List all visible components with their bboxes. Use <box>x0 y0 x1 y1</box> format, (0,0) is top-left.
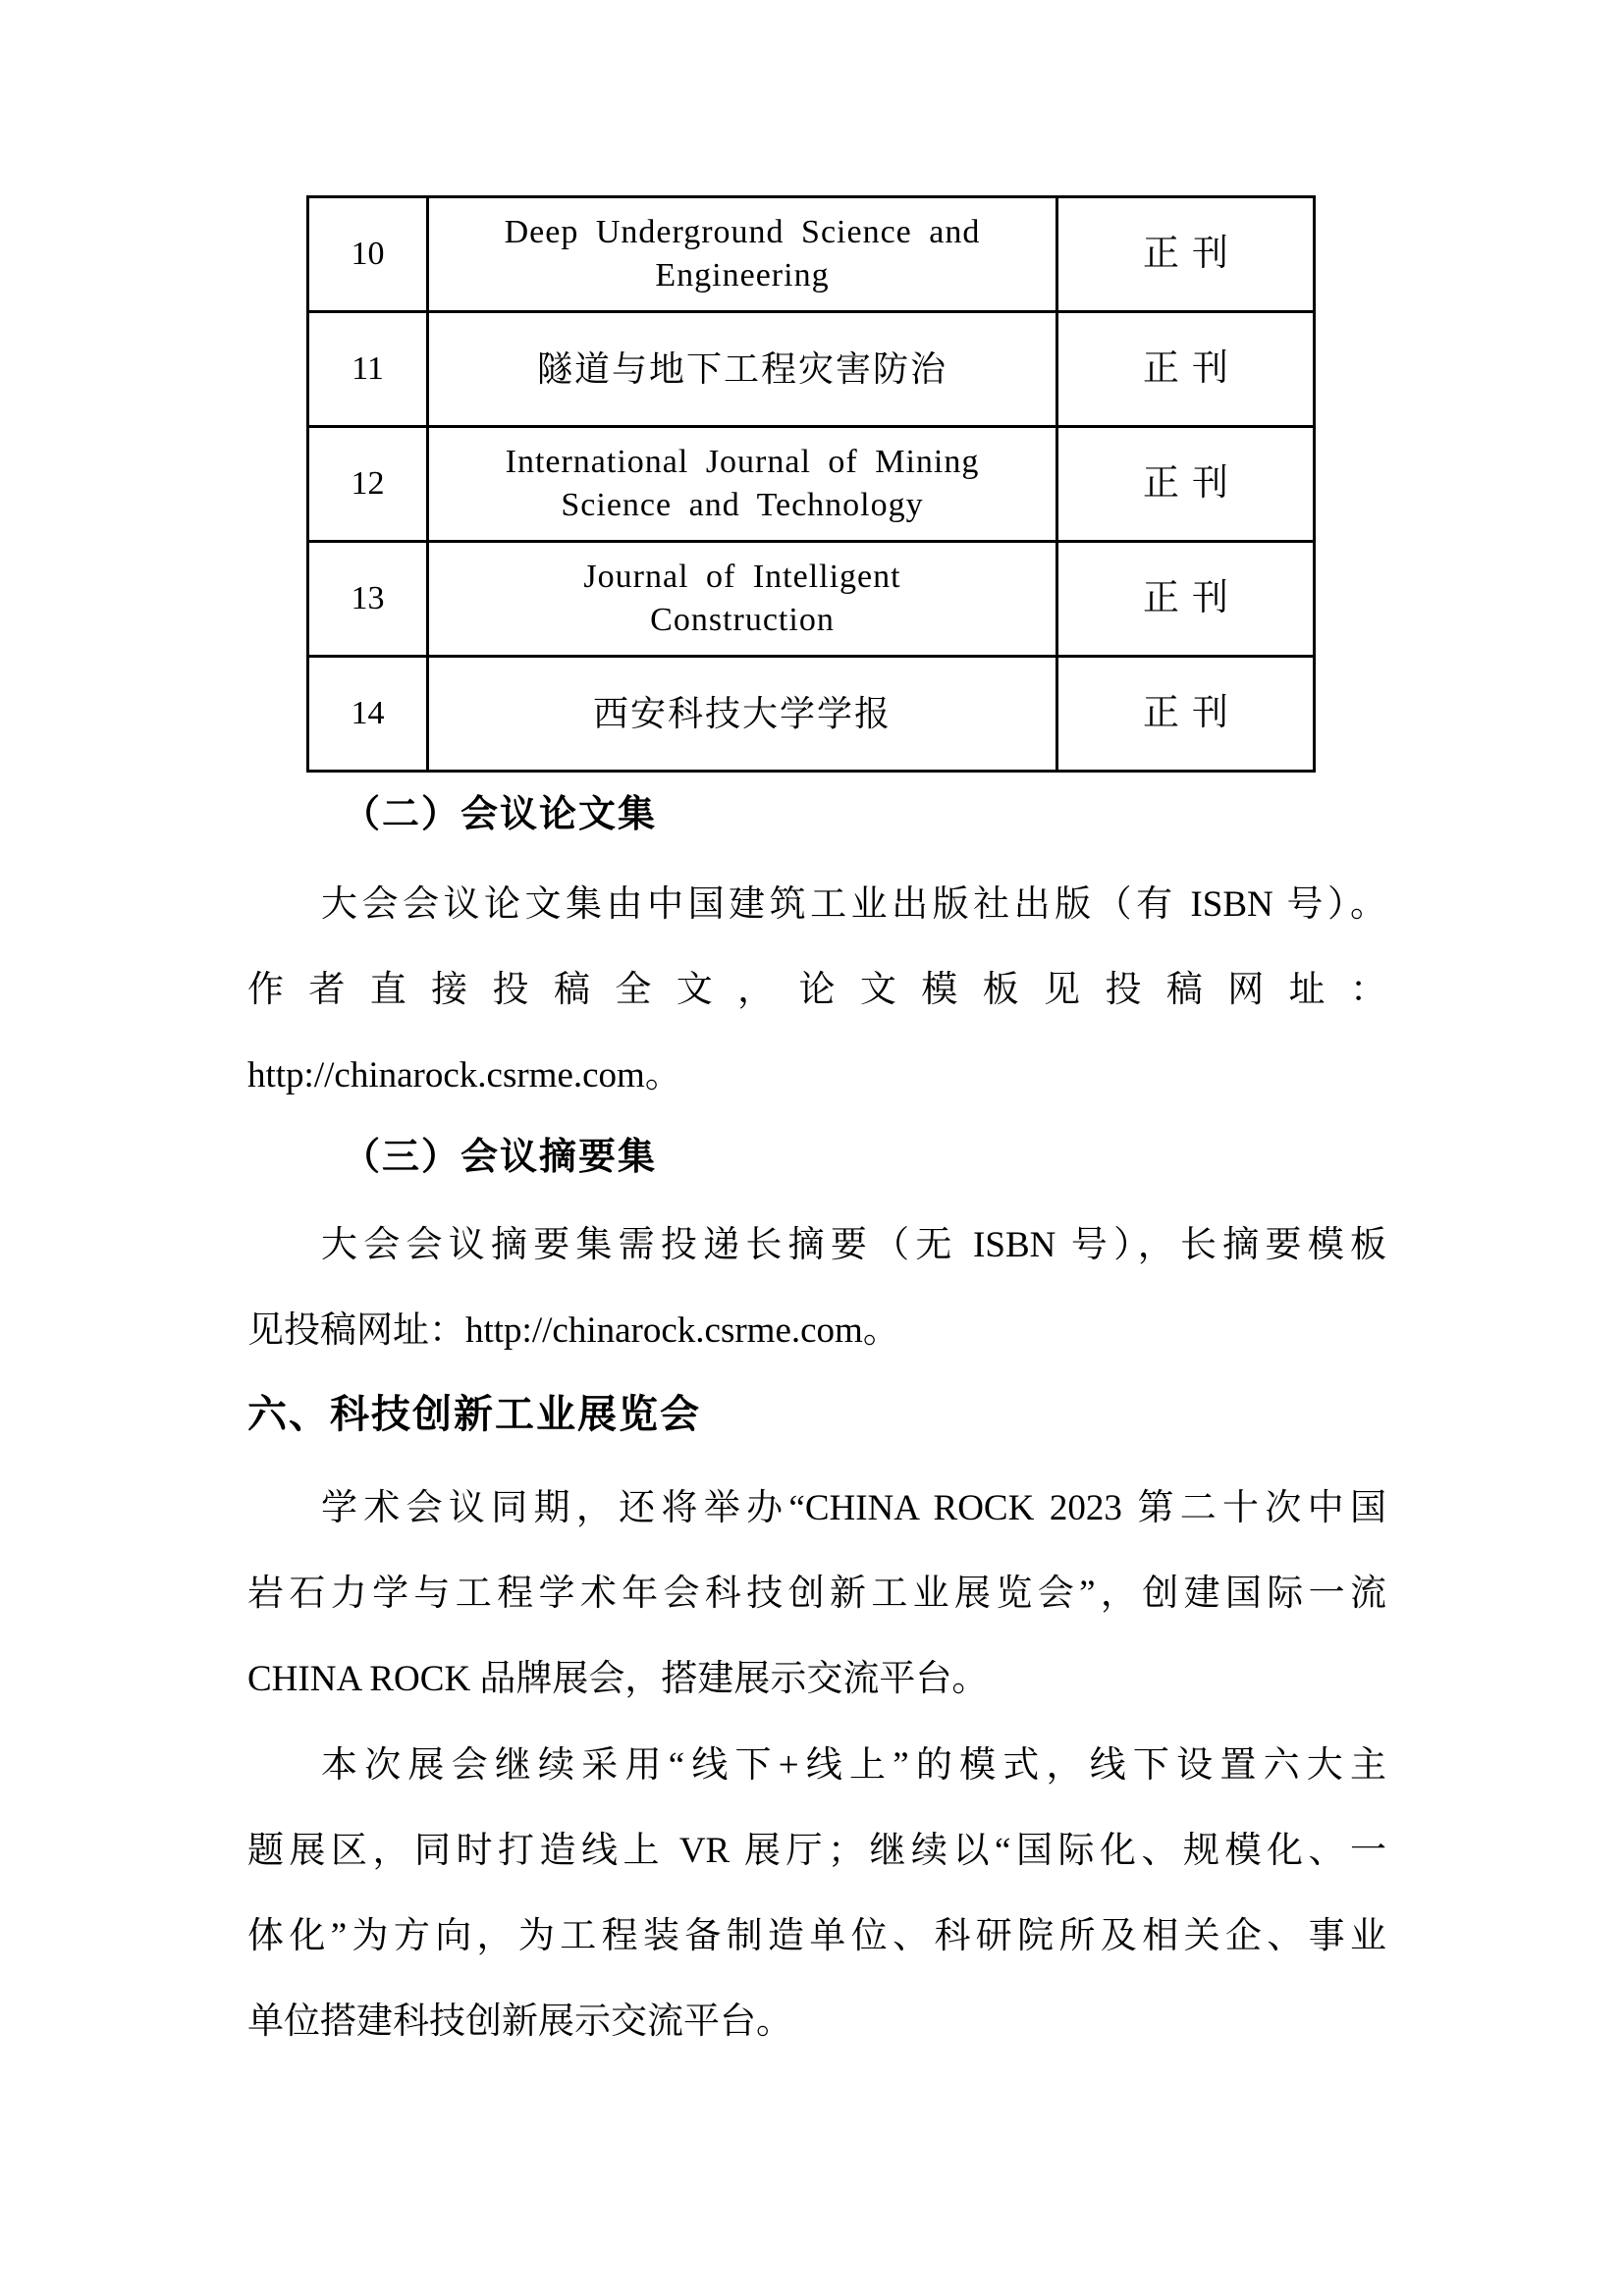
paragraph-line: 本次展会继续采用“线下+线上”的模式，线下设置六大主 <box>247 1723 1386 1808</box>
journal-title-line: International Journal of Mining <box>429 441 1056 484</box>
journal-type-cell: 正刊 <box>1057 427 1315 542</box>
journal-title-line: 西安科技大学学报 <box>429 692 1056 735</box>
paragraph-line-url: http://chinarock.csrme.com。 <box>247 1033 1386 1118</box>
journal-type-cell: 正刊 <box>1057 312 1315 427</box>
section-heading-expo: 六、科技创新工业展览会 <box>247 1390 701 1439</box>
paragraph-line: 岩石力学与工程学术年会科技创新工业展览会”，创建国际一流 <box>247 1551 1386 1636</box>
journal-title-line: 隧道与地下工程灾害防治 <box>429 347 1056 391</box>
table-row: 12 International Journal of Mining Scien… <box>308 427 1315 542</box>
paragraph-line: 大会会议摘要集需投递长摘要（无 ISBN 号），长摘要模板 <box>247 1202 1386 1288</box>
table-row: 10 Deep Underground Science and Engineer… <box>308 197 1315 312</box>
paragraph-expo-1: 学术会议同期，还将举办“CHINA ROCK 2023 第二十次中国 岩石力学与… <box>247 1466 1386 1722</box>
row-number-cell: 13 <box>308 542 428 657</box>
journal-title-line: Science and Technology <box>429 484 1056 527</box>
row-number-cell: 12 <box>308 427 428 542</box>
paragraph-line: 作者直接投稿全文，论文模板见投稿网址： <box>247 947 1386 1033</box>
table-row: 14 西安科技大学学报 正刊 <box>308 657 1315 772</box>
row-number-cell: 10 <box>308 197 428 312</box>
paragraph-abstracts: 大会会议摘要集需投递长摘要（无 ISBN 号），长摘要模板 见投稿网址：http… <box>247 1202 1386 1373</box>
document-page: 10 Deep Underground Science and Engineer… <box>0 0 1624 2296</box>
paragraph-line-url: 见投稿网址：http://chinarock.csrme.com。 <box>247 1288 1386 1373</box>
section-heading-abstracts: （三）会议摘要集 <box>343 1134 657 1181</box>
journal-title-cell: Deep Underground Science and Engineering <box>428 197 1057 312</box>
journal-title-cell: Journal of Intelligent Construction <box>428 542 1057 657</box>
paragraph-expo-2: 本次展会继续采用“线下+线上”的模式，线下设置六大主 题展区，同时打造线上 VR… <box>247 1723 1386 2064</box>
row-number-cell: 11 <box>308 312 428 427</box>
journal-table: 10 Deep Underground Science and Engineer… <box>306 195 1316 773</box>
paragraph-line: 大会会议论文集由中国建筑工业出版社出版（有 ISBN 号）。 <box>247 862 1386 947</box>
journal-type-cell: 正刊 <box>1057 197 1315 312</box>
table-row: 13 Journal of Intelligent Construction 正… <box>308 542 1315 657</box>
journal-title-line: Engineering <box>429 254 1056 297</box>
journal-title-cell: 隧道与地下工程灾害防治 <box>428 312 1057 427</box>
journal-title-line: Journal of Intelligent <box>429 556 1056 599</box>
paragraph-line: 单位搭建科技创新展示交流平台。 <box>247 1979 1386 2064</box>
journal-type-cell: 正刊 <box>1057 657 1315 772</box>
paragraph-line: 题展区，同时打造线上 VR 展厅；继续以“国际化、规模化、一 <box>247 1808 1386 1894</box>
journal-title-line: Construction <box>429 599 1056 642</box>
paragraph-line: 学术会议同期，还将举办“CHINA ROCK 2023 第二十次中国 <box>247 1466 1386 1551</box>
journal-type-cell: 正刊 <box>1057 542 1315 657</box>
journal-title-line: Deep Underground Science and <box>429 211 1056 254</box>
journal-title-cell: 西安科技大学学报 <box>428 657 1057 772</box>
paragraph-line: 体化”为方向，为工程装备制造单位、科研院所及相关企、事业 <box>247 1894 1386 1979</box>
table-row: 11 隧道与地下工程灾害防治 正刊 <box>308 312 1315 427</box>
section-heading-proceedings: （二）会议论文集 <box>343 791 657 838</box>
paragraph-proceedings: 大会会议论文集由中国建筑工业出版社出版（有 ISBN 号）。 作者直接投稿全文，… <box>247 862 1386 1118</box>
paragraph-line: CHINA ROCK 品牌展会，搭建展示交流平台。 <box>247 1636 1386 1722</box>
row-number-cell: 14 <box>308 657 428 772</box>
journal-title-cell: International Journal of Mining Science … <box>428 427 1057 542</box>
